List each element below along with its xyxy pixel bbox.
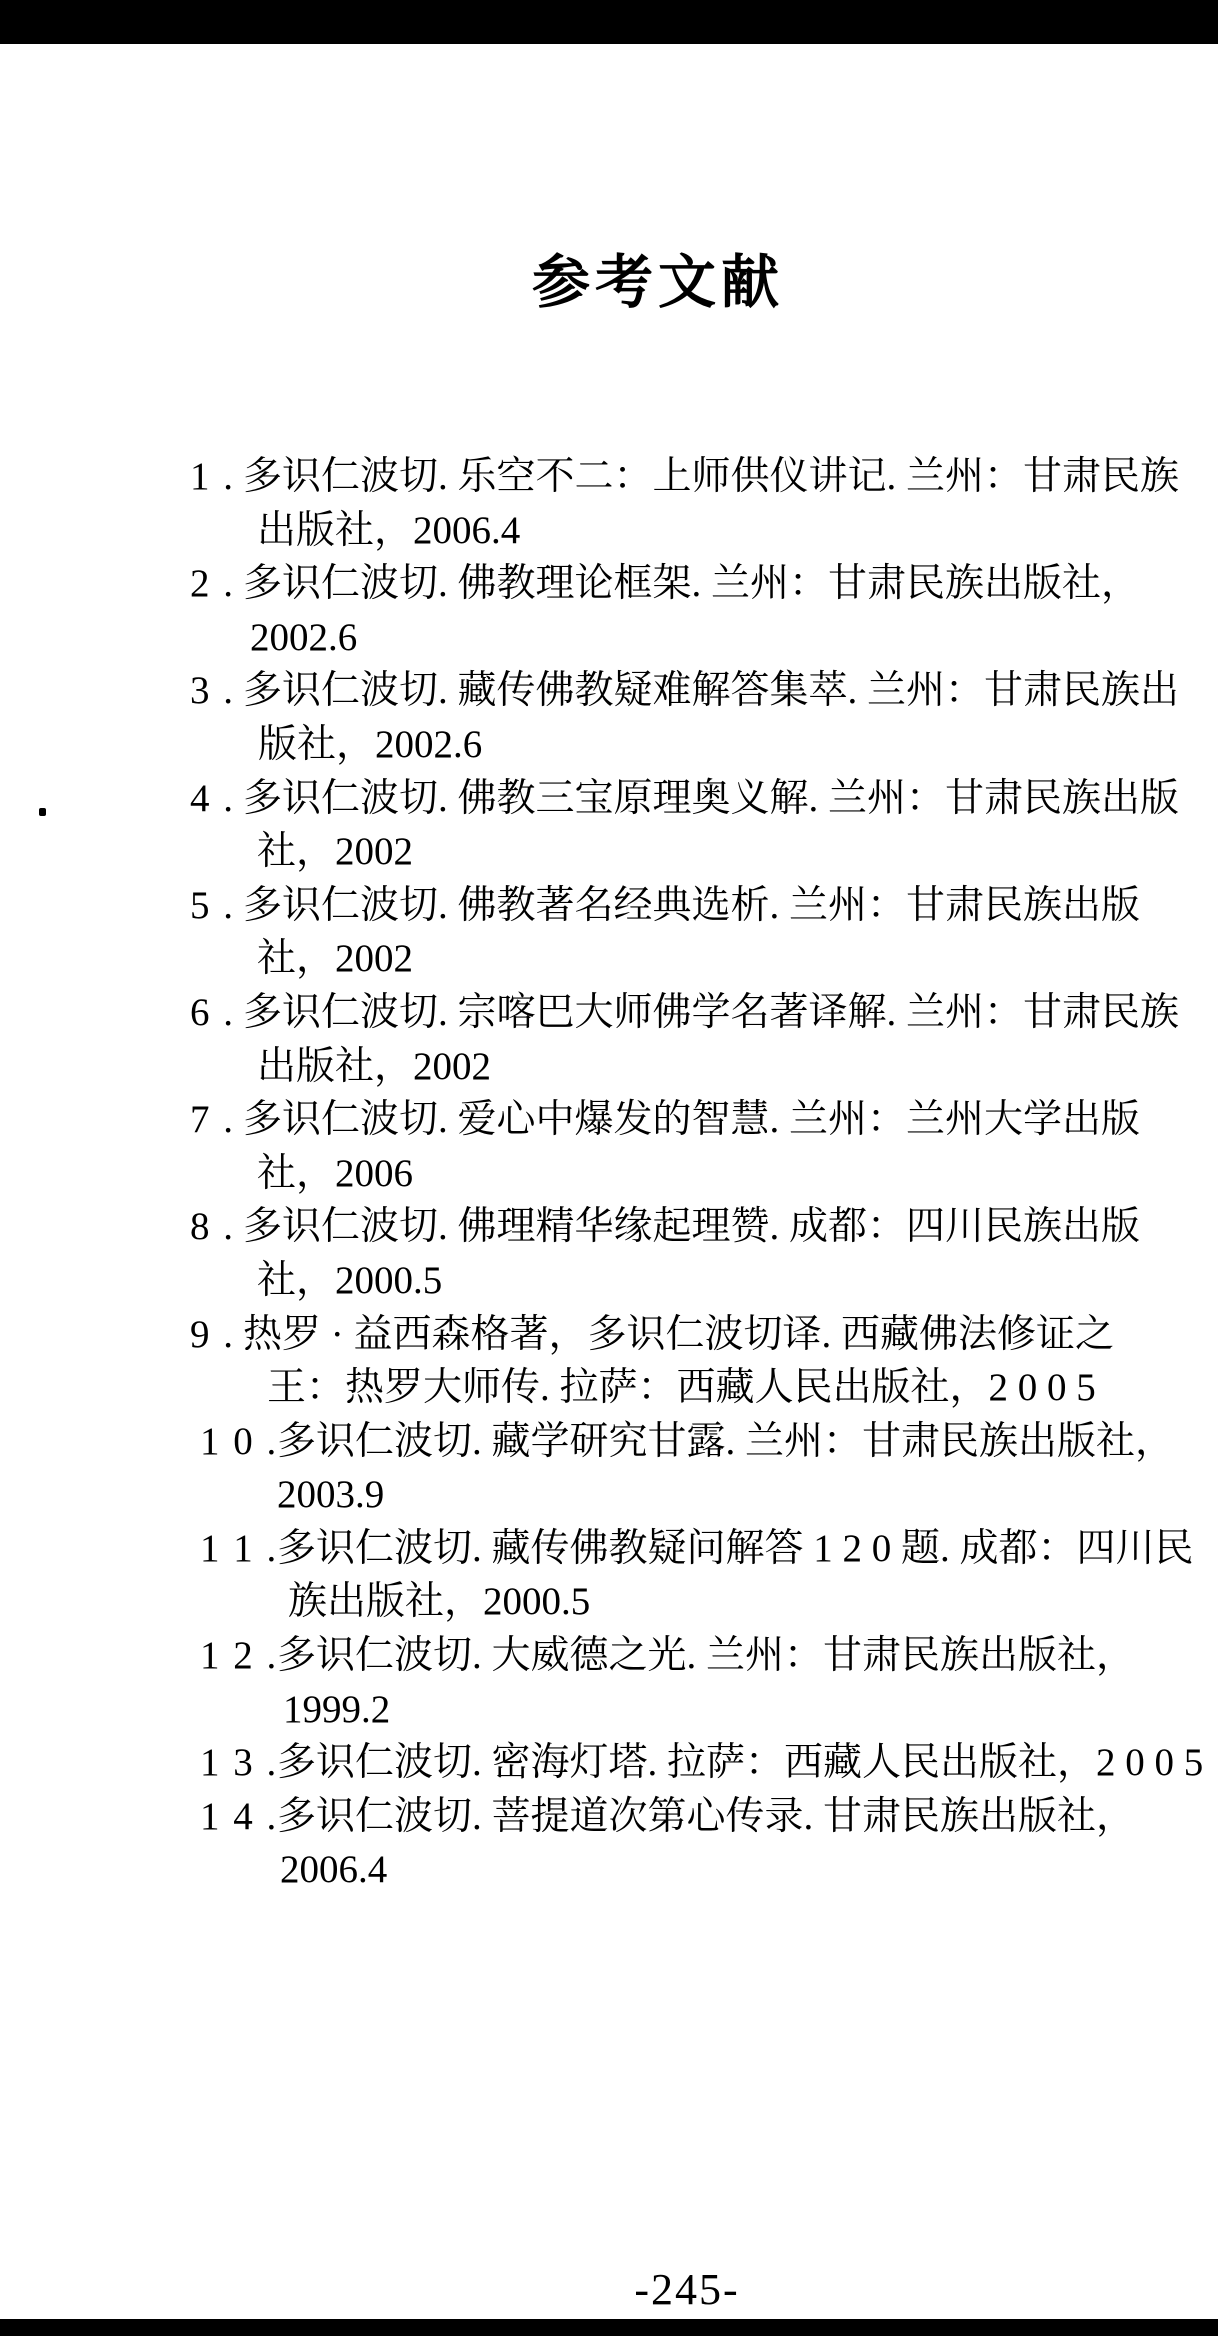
- scan-edge-bottom: [0, 2319, 1218, 2336]
- reference-entry-line1: 4 .多识仁波切. 佛教三宝原理奥义解. 兰州：甘肃民族出版: [0, 772, 1218, 826]
- reference-text: 多识仁波切. 大威德之光. 兰州：甘肃民族出版社，: [277, 1634, 1135, 1677]
- reference-text: 多识仁波切. 爱心中爆发的智慧. 兰州：兰州大学出版: [243, 1098, 1140, 1141]
- reference-text: 多识仁波切. 佛教理论框架. 兰州：甘肃民族出版社，: [243, 562, 1140, 605]
- reference-entry-line2: 王：热罗大师传. 拉萨：西藏人民出版社，2 0 0 5: [0, 1361, 1218, 1415]
- reference-entry-line1: 1 0 .多识仁波切. 藏学研究甘露. 兰州：甘肃民族出版社，: [0, 1415, 1218, 1469]
- reference-entry-line1: 1 1 .多识仁波切. 藏传佛教疑问解答 1 2 0 题. 成都：四川民: [0, 1522, 1218, 1576]
- reference-number: 7 .: [190, 1093, 243, 1147]
- reference-number: 1 3 .: [200, 1736, 277, 1790]
- reference-entry-line2: 版社，2002.6: [0, 718, 1218, 772]
- reference-number: 1 .: [190, 450, 243, 504]
- reference-entry-line2: 社，2000.5: [0, 1254, 1218, 1308]
- reference-number: 2 .: [190, 557, 243, 611]
- reference-text: 多识仁波切. 佛教著名经典选析. 兰州：甘肃民族出版: [243, 884, 1140, 927]
- page-number: -245-: [78, 2264, 1218, 2315]
- reference-entry-line1: 1 4 .多识仁波切. 菩提道次第心传录. 甘肃民族出版社，: [0, 1790, 1218, 1844]
- reference-number: 1 2 .: [200, 1629, 277, 1683]
- reference-number: 4 .: [190, 772, 243, 826]
- reference-entry-line1: 3 .多识仁波切. 藏传佛教疑难解答集萃. 兰州：甘肃民族出: [0, 664, 1218, 718]
- reference-entry-line1: 7 .多识仁波切. 爱心中爆发的智慧. 兰州：兰州大学出版: [0, 1093, 1218, 1147]
- reference-entry-line1: 1 2 .多识仁波切. 大威德之光. 兰州：甘肃民族出版社，: [0, 1629, 1218, 1683]
- reference-entry-line2: 社，2002: [0, 825, 1218, 879]
- reference-entry-line2: 1999.2: [0, 1683, 1218, 1737]
- reference-text: 多识仁波切. 佛理精华缘起理赞. 成都：四川民族出版: [243, 1205, 1140, 1248]
- reference-number: 6 .: [190, 986, 243, 1040]
- reference-text: 多识仁波切. 藏学研究甘露. 兰州：甘肃民族出版社，: [277, 1420, 1174, 1463]
- reference-entry-line2: 族出版社，2000.5: [0, 1575, 1218, 1629]
- reference-entry-line2: 出版社，2006.4: [0, 504, 1218, 558]
- reference-text: 多识仁波切. 乐空不二：上师供仪讲记. 兰州：甘肃民族: [243, 455, 1179, 498]
- scanned-page: 参考文献 1 .多识仁波切. 乐空不二：上师供仪讲记. 兰州：甘肃民族出版社，2…: [0, 0, 1218, 2336]
- reference-text: 多识仁波切. 藏传佛教疑问解答 1 2 0 题. 成都：四川民: [277, 1527, 1194, 1570]
- reference-entry-line2: 社，2002: [0, 932, 1218, 986]
- reference-entry-line2: 社，2006: [0, 1147, 1218, 1201]
- scan-edge-top: [0, 0, 1218, 44]
- reference-entry-line2: 2002.6: [0, 611, 1218, 665]
- reference-entry-line1: 2 .多识仁波切. 佛教理论框架. 兰州：甘肃民族出版社，: [0, 557, 1218, 611]
- reference-text: 多识仁波切. 佛教三宝原理奥义解. 兰州：甘肃民族出版: [243, 777, 1179, 820]
- reference-entry-line1: 1 .多识仁波切. 乐空不二：上师供仪讲记. 兰州：甘肃民族: [0, 450, 1218, 504]
- reference-entry-line2: 2003.9: [0, 1468, 1218, 1522]
- reference-text: 多识仁波切. 藏传佛教疑难解答集萃. 兰州：甘肃民族出: [243, 669, 1179, 712]
- reference-entry-line2: 2006.4: [0, 1843, 1218, 1897]
- reference-entry-line2: 出版社，2002: [0, 1040, 1218, 1094]
- page-title: 参考文献: [49, 250, 1218, 317]
- reference-number: 5 .: [190, 879, 243, 933]
- ink-speck: [39, 808, 46, 816]
- reference-number: 1 0 .: [200, 1415, 277, 1469]
- reference-entry-line1: 8 .多识仁波切. 佛理精华缘起理赞. 成都：四川民族出版: [0, 1200, 1218, 1254]
- reference-entry-line1: 5 .多识仁波切. 佛教著名经典选析. 兰州：甘肃民族出版: [0, 879, 1218, 933]
- reference-number: 1 1 .: [200, 1522, 277, 1576]
- reference-text: 多识仁波切. 宗喀巴大师佛学名著译解. 兰州：甘肃民族: [243, 991, 1179, 1034]
- reference-entry-line1: 1 3 .多识仁波切. 密海灯塔. 拉萨：西藏人民出版社，2 0 0 5: [0, 1736, 1218, 1790]
- reference-number: 1 4 .: [200, 1790, 277, 1844]
- reference-number: 3 .: [190, 664, 243, 718]
- reference-entry-line1: 9 .热罗 · 益西森格著，多识仁波切译. 西藏佛法修证之: [0, 1308, 1218, 1362]
- reference-text: 多识仁波切. 密海灯塔. 拉萨：西藏人民出版社，2 0 0 5: [277, 1741, 1203, 1784]
- reference-text: 热罗 · 益西森格著，多识仁波切译. 西藏佛法修证之: [243, 1313, 1114, 1356]
- reference-number: 9 .: [190, 1308, 243, 1362]
- reference-entry-line1: 6 .多识仁波切. 宗喀巴大师佛学名著译解. 兰州：甘肃民族: [0, 986, 1218, 1040]
- reference-list: 1 .多识仁波切. 乐空不二：上师供仪讲记. 兰州：甘肃民族出版社，2006.4…: [0, 450, 1218, 1897]
- reference-text: 多识仁波切. 菩提道次第心传录. 甘肃民族出版社，: [277, 1795, 1135, 1838]
- reference-number: 8 .: [190, 1200, 243, 1254]
